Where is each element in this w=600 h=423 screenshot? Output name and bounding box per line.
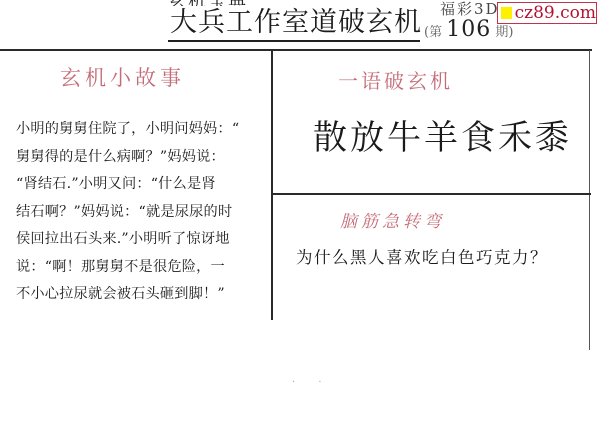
story-line: 结石啊？”妈妈说：“就是尿尿的时: [16, 199, 266, 227]
watermark-square-icon: [501, 7, 512, 19]
title-underline: [168, 40, 420, 42]
watermark-badge[interactable]: cz89.com: [497, 2, 597, 24]
page-title: 大兵工作室道破玄机: [170, 7, 422, 39]
watermark-text: cz89.com: [515, 3, 596, 23]
story-line: 说：“啊！那舅舅不是很危险，一: [16, 254, 266, 282]
issue-suffix: 期): [495, 25, 513, 40]
slogan-heading: 一语破玄机: [338, 65, 453, 94]
top-divider: [0, 49, 592, 51]
cut-off-text: 玄机宝典: [168, 0, 418, 6]
right-panel-divider: [272, 193, 591, 195]
issue-prefix: (第: [424, 25, 442, 40]
center-divider: [271, 50, 273, 320]
story-line: 不小心拉尿就会被石头砸到脚！”: [16, 281, 266, 309]
header-cut-off-text: 玄机宝典: [168, 0, 418, 6]
right-border: [589, 50, 590, 350]
story-text: 小明的舅舅住院了，小明问妈妈：“ 舅舅得的是什么病啊？”妈妈说： “肾结石.”小…: [16, 116, 266, 309]
story-line: 侯回拉出石头来.”小明听了惊讶地: [16, 226, 266, 254]
story-line: 舅舅得的是什么病啊？”妈妈说：: [16, 144, 266, 172]
story-line: “肾结石.”小明又问：“什么是肾: [16, 171, 266, 199]
story-line: 小明的舅舅住院了，小明问妈妈：“: [16, 116, 266, 144]
issue-number: 106: [446, 17, 491, 42]
story-heading: 玄机小故事: [60, 62, 185, 92]
riddle-text: 为什么黑人喜欢吃白色巧克力？: [296, 244, 548, 268]
slogan-text: 散放牛羊食禾黍: [313, 110, 572, 159]
decorative-dots: · ·: [292, 377, 332, 388]
riddle-heading: 脑筋急转弯: [340, 207, 445, 232]
